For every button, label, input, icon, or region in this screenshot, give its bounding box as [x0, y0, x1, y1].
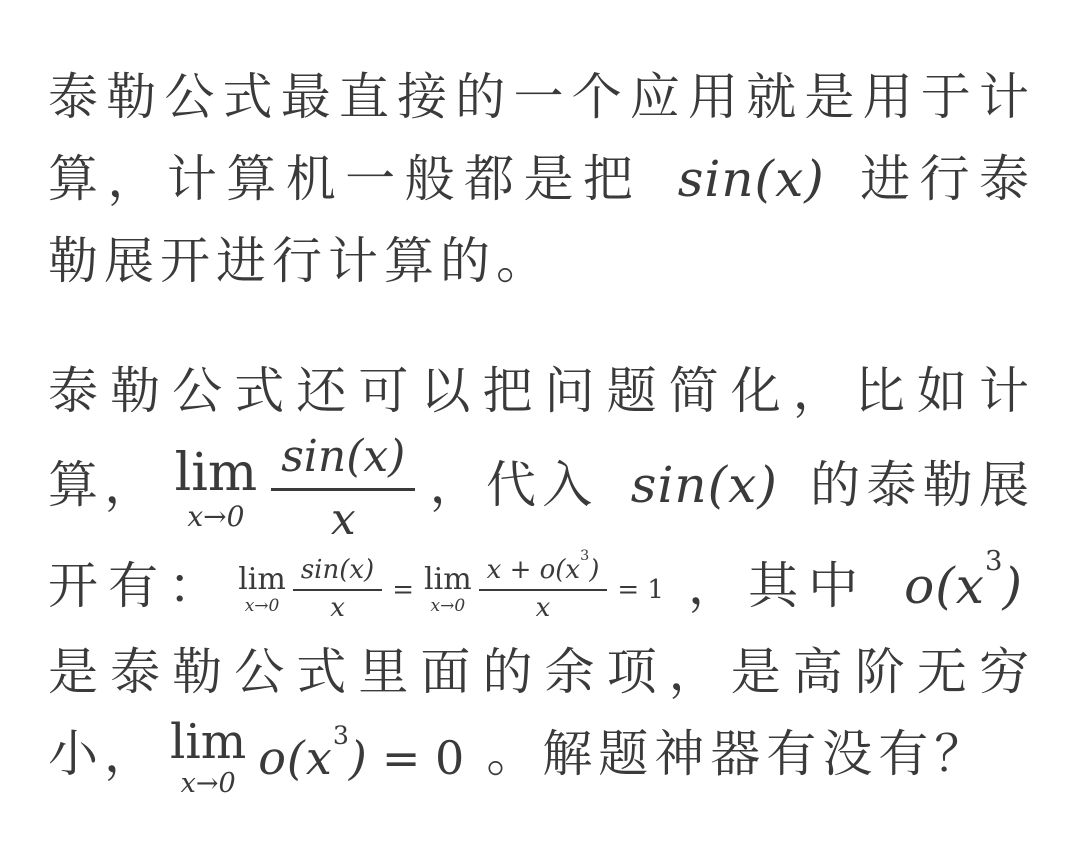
numerator: sin(x) [271, 432, 415, 488]
text-run: 。解题神器有没有？ [486, 726, 990, 782]
numerator: sin(x) [293, 556, 382, 590]
superscript-3: 3 [333, 721, 349, 750]
limit-operator: limx→0 [175, 447, 258, 531]
inline-formula-limit-o-x-cubed: limx→0o(x3)= 0 [170, 717, 476, 799]
lim-word: lim [175, 447, 258, 499]
numerator-close: ) [589, 555, 599, 585]
numerator: x + o(x3) [479, 556, 608, 590]
inline-formula-taylor-substitution: limx→0sin(x)x=limx→0x + o(x3)x= 1 [238, 549, 674, 631]
denominator: x [479, 589, 608, 624]
lim-subscript: x→0 [181, 770, 236, 797]
lim-subscript: x→0 [187, 503, 244, 531]
numerator-base: x + o(x [487, 555, 580, 585]
o-close: ) [1002, 557, 1023, 615]
equals-sign: = [392, 549, 414, 631]
limit-operator: limx→0 [238, 565, 286, 615]
o-base: o(x [904, 557, 985, 615]
limit-operator: limx→0 [424, 565, 472, 615]
text-run: ，代入 [429, 457, 598, 513]
o-close: ) [349, 731, 368, 785]
superscript-3: 3 [985, 545, 1003, 577]
fraction-taylor-over-x: x + o(x3)x [479, 556, 608, 625]
inline-math-sin-x: sin(x) [678, 150, 825, 208]
paragraph-taylor-computation: 泰勒公式最直接的一个应用就是用于计算，计算机一般都是把 sin(x) 进行泰勒展… [48, 56, 1035, 302]
denominator: x [293, 589, 382, 624]
display-formula-limit-sinx-over-x: limx→0sin(x)x [175, 432, 416, 545]
fraction-sinx-over-x: sin(x)x [293, 556, 382, 625]
o-x-cubed-expression: o(x3) [258, 717, 368, 799]
superscript-3: 3 [580, 548, 589, 564]
fraction-sinx-over-x: sin(x)x [271, 432, 415, 545]
o-base: o(x [258, 731, 333, 785]
equals-one: = 1 [617, 549, 664, 631]
lim-subscript: x→0 [245, 598, 280, 615]
inline-math-sin-x: sin(x) [631, 456, 778, 514]
article-body: 泰勒公式最直接的一个应用就是用于计算，计算机一般都是把 sin(x) 进行泰勒展… [0, 0, 1080, 862]
lim-word: lim [424, 565, 472, 595]
inline-math-o-x-cubed: o(x3) [904, 557, 1023, 615]
lim-subscript: x→0 [430, 598, 465, 615]
equals-zero: = 0 [382, 717, 464, 799]
paragraph-taylor-simplification: 泰勒公式还可以把问题简化，比如计算，limx→0sin(x)x，代入 sin(x… [48, 350, 1035, 799]
lim-word: lim [238, 565, 286, 595]
limit-operator: limx→0 [170, 718, 246, 797]
lim-word: lim [170, 718, 246, 766]
denominator: x [271, 488, 415, 546]
text-run: ，其中 [684, 558, 868, 614]
